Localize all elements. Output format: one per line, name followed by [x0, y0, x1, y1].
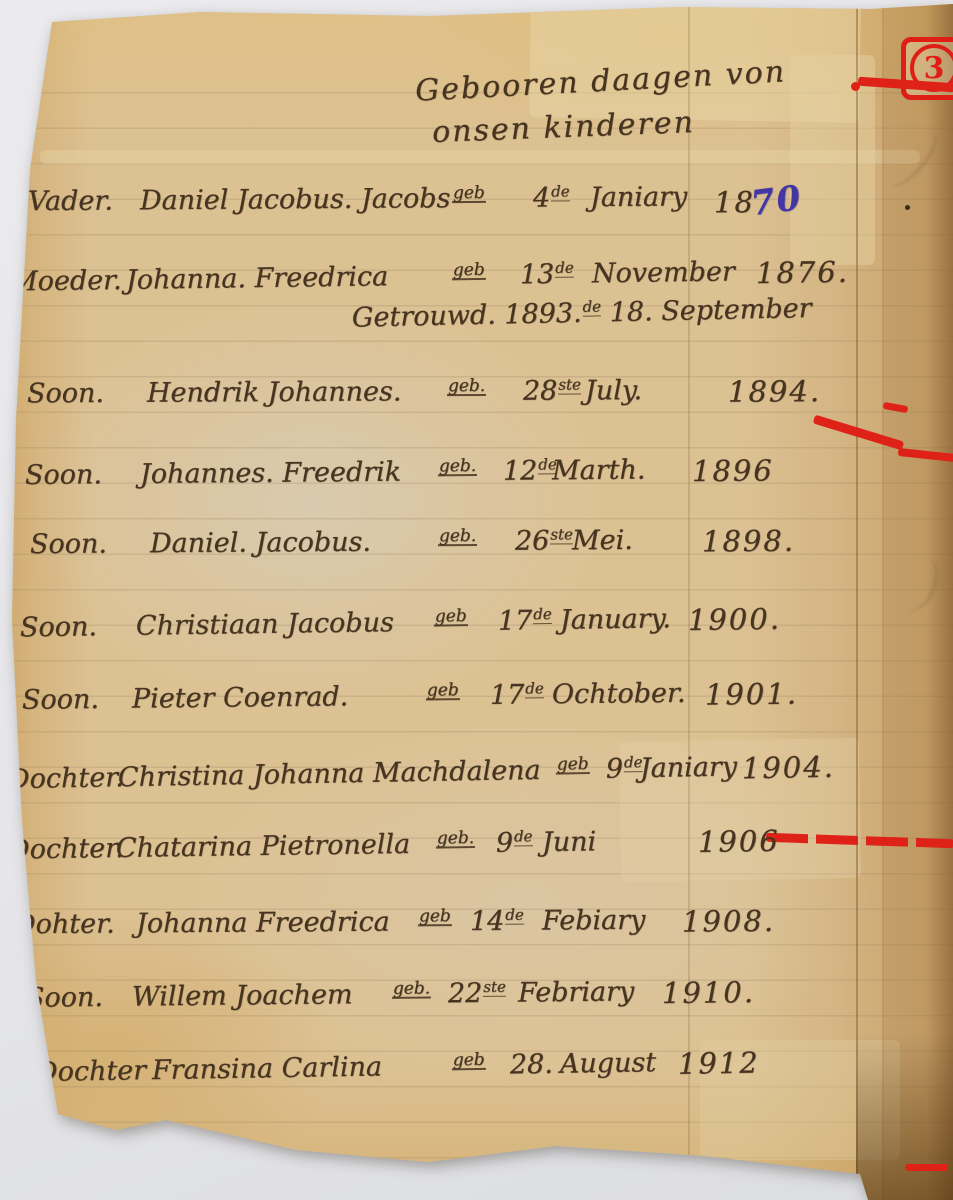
person-name: Pieter Coenrad.: [132, 681, 349, 714]
register-row-soon: Soon. Daniel. Jacobus. geb. 26ste Mei. 1…: [0, 523, 953, 578]
relation-label: Vader.: [28, 186, 113, 218]
birth-day: 9de: [496, 827, 533, 859]
person-name: Christina Johanna Machdalena: [118, 755, 541, 793]
geb-mark: geb: [556, 754, 590, 786]
relation-label: Soon.: [22, 684, 99, 716]
birth-year: 1900.: [688, 602, 781, 637]
birth-year: 1908.: [682, 904, 775, 939]
birth-month: Mei.: [572, 525, 633, 556]
birth-day: 17de: [490, 679, 544, 711]
geb-mark: geb.: [392, 978, 432, 1009]
birth-year: 1898.: [702, 524, 795, 559]
birth-month: Marth.: [552, 455, 646, 487]
birth-year: 1904.: [742, 750, 836, 786]
relation-label: Soon.: [27, 378, 104, 409]
birth-day: 13de: [520, 259, 574, 291]
birth-day: 17de: [498, 605, 552, 637]
birth-day: 4de: [533, 182, 570, 213]
birth-year: 1870: [714, 181, 803, 222]
relation-label: Soon.: [26, 982, 103, 1014]
birth-day: 28ste: [523, 375, 581, 406]
birth-month: Janiary: [590, 182, 687, 214]
relation-label: Dochter: [36, 1055, 147, 1088]
geb-mark: geb: [452, 183, 486, 214]
register-row-soon: Soon. Hendrik Johannes. geb. 28ste July.…: [0, 374, 953, 427]
relation-label: Soon.: [20, 611, 97, 643]
relation-label: Dochter.: [8, 833, 124, 866]
relation-label: Dohter.: [14, 909, 115, 941]
birth-year: 1910.: [662, 975, 755, 1010]
geb-mark: geb: [418, 906, 452, 937]
geb-mark: geb: [434, 606, 468, 637]
geb-mark: geb.: [438, 526, 477, 557]
geb-mark: geb: [452, 1050, 486, 1082]
birth-year: 1912: [678, 1046, 760, 1081]
birth-year: 1876.: [756, 255, 849, 290]
birth-month: Juni: [542, 826, 597, 858]
person-name: Daniel Jacobus. Jacobs: [140, 183, 451, 216]
birth-day: 9de: [606, 753, 643, 785]
geb-mark: geb.: [447, 376, 486, 407]
red-dashed-rule: [905, 1164, 953, 1171]
person-name: Johannes. Freedrik: [140, 457, 401, 490]
birth-day: 26ste: [515, 525, 573, 556]
birth-month: January.: [560, 603, 671, 636]
person-name: Hendrik Johannes.: [147, 376, 402, 408]
birth-year: 1896: [692, 453, 774, 488]
photo-of-register-page: 3 Gebooren daagen von onsen kinderen Vad…: [0, 0, 953, 1200]
birth-day: 12de: [503, 455, 557, 486]
person-name: Johanna. Freedrica: [126, 261, 389, 296]
register-row-dochter: Dohter. Johanna Freedrica geb 14de Febia…: [0, 903, 953, 958]
birth-day: 22ste: [448, 978, 506, 1010]
register-row-soon: Soon. Johannes. Freedrik geb. 12de Marth…: [0, 452, 953, 508]
birth-month: Febriary: [518, 976, 635, 1008]
person-name: Daniel. Jacobus.: [150, 527, 371, 560]
birth-year: 1906: [698, 824, 780, 859]
geb-mark: geb: [452, 260, 486, 291]
register-row-vader: Vader. Daniel Jacobus. Jacobs geb 4de Ja…: [0, 180, 953, 235]
register-row-soon: Soon. Willem Joachem geb. 22ste Febriary…: [0, 973, 953, 1031]
person-name: Johanna Freedrica: [136, 907, 390, 940]
person-name: Fransina Carlina: [152, 1051, 383, 1086]
birth-day: 14de: [470, 906, 524, 937]
register-row-soon: Soon. Pieter Coenrad. geb 17de Ochtober.…: [0, 675, 953, 733]
relation-label: Moeder.: [10, 265, 122, 298]
birth-day: 28.: [510, 1049, 554, 1081]
overwritten-year-blue-ink: 70: [749, 178, 805, 224]
relation-label: Soon.: [25, 459, 102, 491]
person-name: Willem Joachem: [132, 979, 353, 1012]
paper-wrap: 3 Gebooren daagen von onsen kinderen Vad…: [0, 0, 953, 1200]
birth-year: 1894.: [728, 374, 821, 408]
birth-month: November: [592, 256, 735, 289]
person-name: Chatarina Pietronella: [116, 829, 411, 864]
relation-label: Soon.: [30, 529, 107, 561]
birth-month: July.: [585, 375, 642, 406]
birth-month: Ochtober.: [552, 678, 686, 710]
geb-mark: geb.: [438, 456, 478, 487]
person-name: Christiaan Jacobus: [136, 607, 394, 642]
aged-paper-page: 3 Gebooren daagen von onsen kinderen Vad…: [0, 0, 953, 1200]
paper-seam: [40, 150, 920, 164]
birth-month: August: [560, 1047, 657, 1080]
geb-mark: geb: [426, 680, 460, 711]
relation-label: Dochter.: [8, 762, 124, 795]
birth-year: 1901.: [705, 677, 798, 712]
red-dot: [851, 82, 860, 91]
birth-month: Febiary: [542, 905, 646, 937]
birth-month: Janiary: [640, 751, 738, 784]
geb-mark: geb.: [436, 828, 476, 860]
stamp-number: 3: [924, 51, 945, 86]
